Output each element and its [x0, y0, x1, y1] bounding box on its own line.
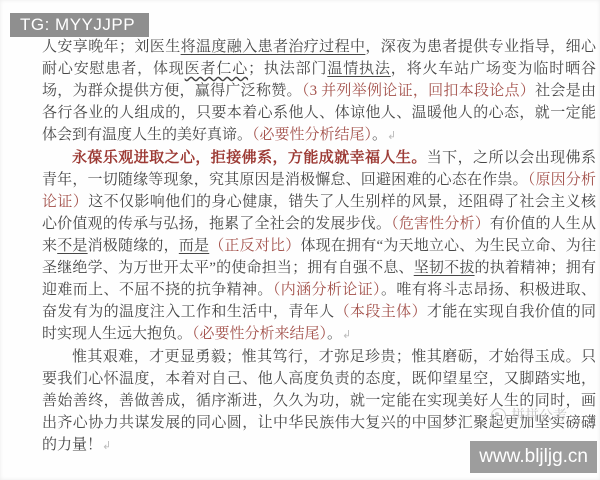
brand-logo-icon	[491, 408, 506, 423]
text-run: （必要性分析来结尾）	[192, 326, 327, 342]
text-run: ↲	[102, 440, 111, 452]
text-run: 消极随缘的，	[88, 238, 179, 254]
website-url-badge: www.bljljg.cn	[470, 441, 597, 473]
scanned-document-page: TG: MYYJJPP 人安享晚年；刘医生将温度融入患者治疗过程中，深夜为患者提…	[0, 0, 600, 480]
text-run: （必要性分析结尾）	[252, 127, 372, 143]
text-run: 医者仁心	[185, 61, 248, 77]
brand-watermark-label: 拼拼公考	[511, 405, 567, 425]
telegram-channel-badge: TG: MYYJJPP	[10, 13, 149, 37]
text-run: 不是	[57, 238, 87, 254]
text-run: 永葆乐观进取之心，拒接佛系，方能成就幸福人生。	[72, 150, 427, 166]
text-run: （本段主体）	[335, 304, 427, 320]
text-run: （危害性分析）	[391, 216, 490, 232]
text-run: （3 并列举例论证，回扣本段论点）	[302, 83, 535, 99]
text-run: （内涵分析论证）	[273, 282, 381, 298]
document-body: 人安享晚年；刘医生将温度融入患者治疗过程中，深夜为患者提供专业指导，细心耐心安慰…	[42, 36, 596, 457]
text-run: 温情执法	[327, 61, 390, 77]
text-run: 。	[327, 326, 342, 342]
text-run: 。	[372, 127, 387, 143]
text-run: ↲	[387, 130, 396, 142]
text-run: 将温度融入患者治疗过程中	[181, 39, 366, 55]
text-run: 惟其艰难，才更显勇毅；惟其笃行，才弥足珍贵；惟其磨砺，才始得玉成。只要我们心怀温…	[42, 349, 596, 453]
paragraph: 人安享晚年；刘医生将温度融入患者治疗过程中，深夜为患者提供专业指导，细心耐心安慰…	[42, 36, 596, 147]
text-run: 而是	[179, 238, 209, 254]
text-run: ↲	[342, 329, 351, 341]
text-run: （正反对比）	[209, 238, 300, 254]
text-run: ；执法部门	[248, 61, 327, 77]
brand-watermark: 拼拼公考	[491, 405, 567, 425]
text-run: 人安享晚年；刘医生	[42, 39, 181, 55]
paragraph: 永葆乐观进取之心，拒接佛系，方能成就幸福人生。当下，之所以会出现佛系青年，一切随…	[42, 147, 596, 346]
text-run: 坚韧不拔	[414, 260, 475, 276]
